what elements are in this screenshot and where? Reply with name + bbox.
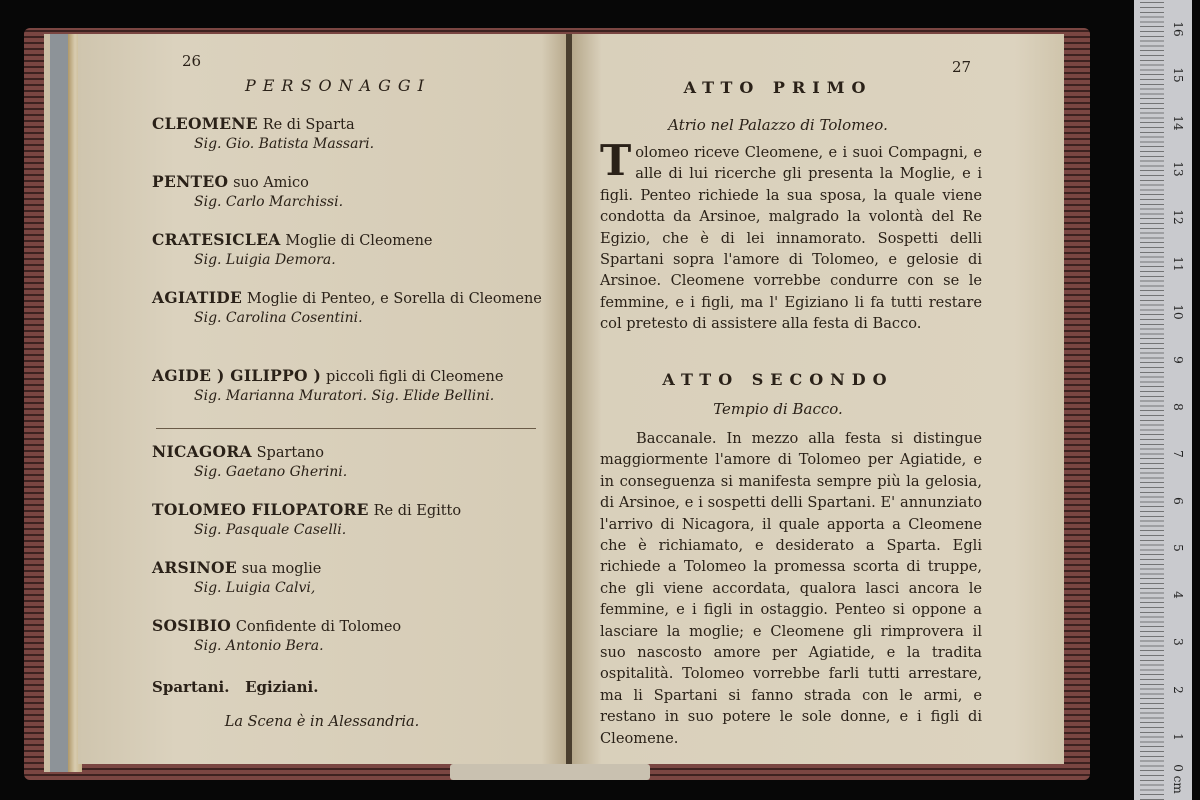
actor-name: Sig. Pasquale Caselli. (152, 521, 562, 540)
ruler-label: 11 (1171, 254, 1185, 274)
scene-title: Atrio nel Palazzo di Tolomeo. (532, 116, 1024, 134)
act-synopsis: Baccanale. In mezzo alla festa si distin… (600, 428, 982, 749)
ruler-label: 13 (1171, 159, 1185, 179)
actor-name: Sig. Luigia Demora. (152, 251, 562, 270)
ruler-ticks (1140, 0, 1164, 800)
cast-entry: CLEOMENE Re di Sparta Sig. Gio. Batista … (152, 114, 562, 154)
cast-heading: PERSONAGGI (208, 76, 468, 95)
synopsis-text: olomeo riceve Cleomene, e i suoi Compagn… (600, 144, 982, 332)
cast-entry: PENTEO suo Amico Sig. Carlo Marchissi. (152, 172, 562, 212)
ruler-label: 9 (1171, 350, 1185, 370)
setting-line: La Scena è in Alessandria. (78, 714, 566, 730)
flyleaf-edge (50, 34, 68, 772)
ruler-label: 16 (1171, 19, 1185, 39)
character-desc: suo Amico (233, 175, 309, 191)
cast-entry: NICAGORA Spartano Sig. Gaetano Gherini. (152, 442, 562, 482)
ruler-label: 4 (1171, 585, 1185, 605)
character-name: ARSINOE (152, 558, 237, 577)
ruler-label: 1 (1171, 727, 1185, 747)
ruler-label: 0 cm (1171, 759, 1185, 799)
left-page: 26 PERSONAGGI CLEOMENE Re di Sparta Sig.… (78, 34, 566, 764)
actor-name: Sig. Carlo Marchissi. (152, 193, 562, 212)
actor-name: Sig. Carolina Cosentini. (152, 309, 562, 328)
character-desc: Confidente di Tolomeo (236, 619, 401, 635)
act-title: ATTO PRIMO (532, 78, 1024, 97)
character-desc: Re di Egitto (374, 503, 462, 519)
cast-entry: AGIATIDE Moglie di Penteo, e Sorella di … (152, 288, 562, 328)
cast-entry: CRATESICLEA Moglie di Cleomene Sig. Luig… (152, 230, 562, 270)
page-number: 27 (952, 58, 971, 76)
character-desc: Moglie di Penteo, e Sorella di Cleomene (247, 291, 542, 307)
drop-cap: T (600, 144, 631, 178)
chorus-line: Spartani. Egiziani. (152, 678, 562, 697)
character-name: AGIATIDE (152, 288, 242, 307)
character-desc: sua moglie (242, 561, 322, 577)
character-desc: piccoli figli di Cleomene (326, 369, 503, 385)
divider (156, 428, 536, 429)
character-desc: Re di Sparta (263, 117, 355, 133)
page-number: 26 (182, 52, 201, 70)
book-spine (450, 764, 650, 780)
ruler-label: 7 (1171, 444, 1185, 464)
ruler-label: 10 (1171, 302, 1185, 322)
act-title: ATTO SECONDO (532, 370, 1024, 389)
ruler-label: 8 (1171, 397, 1185, 417)
ruler-label: 6 (1171, 491, 1185, 511)
character-desc: Moglie di Cleomene (285, 233, 432, 249)
cast-entry: AGIDE ) GILIPPO ) piccoli figli di Cleom… (152, 366, 562, 406)
actor-name: Sig. Luigia Calvi, (152, 579, 562, 598)
ruler-label: 15 (1171, 65, 1185, 85)
character-name: AGIDE ) GILIPPO ) (152, 366, 321, 385)
act-synopsis: Tolomeo riceve Cleomene, e i suoi Compag… (600, 142, 982, 335)
ruler-label: 14 (1171, 113, 1185, 133)
cast-entry: ARSINOE sua moglie Sig. Luigia Calvi, (152, 558, 562, 598)
character-name: CLEOMENE (152, 114, 258, 133)
measuring-ruler: 16 15 14 13 12 11 10 9 8 7 6 5 4 3 2 1 0… (1134, 0, 1192, 800)
ruler-label: 3 (1171, 632, 1185, 652)
character-name: TOLOMEO FILOPATORE (152, 500, 369, 519)
character-name: NICAGORA (152, 442, 252, 461)
character-name: CRATESICLEA (152, 230, 281, 249)
actor-name: Sig. Marianna Muratori. Sig. Elide Belli… (152, 387, 562, 406)
ruler-label: 5 (1171, 538, 1185, 558)
ruler-label: 12 (1171, 207, 1185, 227)
actor-name: Sig. Antonio Bera. (152, 637, 562, 656)
scene-title: Tempio di Bacco. (532, 400, 1024, 418)
right-page: 27 ATTO PRIMO Atrio nel Palazzo di Tolom… (572, 34, 1064, 764)
actor-name: Sig. Gio. Batista Massari. (152, 135, 562, 154)
ruler-label: 2 (1171, 680, 1185, 700)
character-desc: Spartano (257, 445, 324, 461)
cast-entry: SOSIBIO Confidente di Tolomeo Sig. Anton… (152, 616, 562, 656)
cast-entry: TOLOMEO FILOPATORE Re di Egitto Sig. Pas… (152, 500, 562, 540)
character-name: SOSIBIO (152, 616, 231, 635)
character-name: PENTEO (152, 172, 228, 191)
actor-name: Sig. Gaetano Gherini. (152, 463, 562, 482)
